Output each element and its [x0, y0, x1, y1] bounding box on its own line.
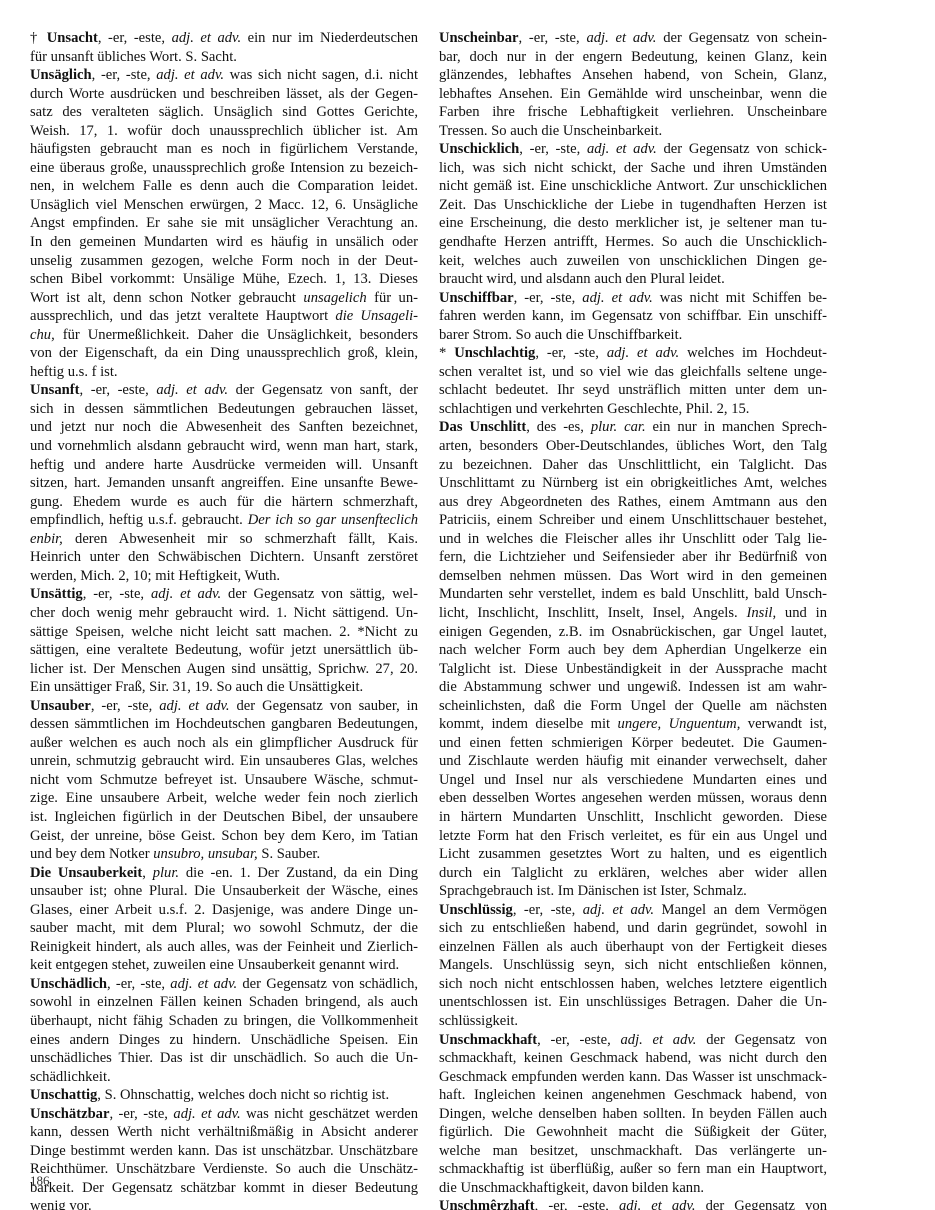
text-line: sich in dessen sämmtlichen Bedeutungen g… — [30, 400, 418, 419]
text-line: Sprachgebrauch ist. Im Dänischen ist Ist… — [439, 882, 827, 901]
text-line: schlüssigkeit. — [439, 1012, 827, 1031]
text-line: Glases, einer Arbeit u.s.f. 2. Dasjenige… — [30, 901, 418, 920]
text-line: schmackhaftig ist überflüßig, außer so f… — [439, 1160, 827, 1179]
body-text: einzelnen Fällen als auch überhaupt von … — [439, 939, 827, 955]
text-line: eben desselben Wortes angesehen werden m… — [439, 789, 827, 808]
headword: Unschlachtig — [454, 345, 535, 361]
body-text: , -er, -ste, — [92, 67, 157, 83]
body-text: außer welchen es auch noch als ein glimp… — [30, 735, 418, 751]
italic-text: ungere, Unguentum, — [618, 716, 741, 732]
italic-text: chu, — [30, 327, 55, 343]
right-column: Unscheinbar, -er, -ste, adj. et adv. der… — [439, 29, 827, 1210]
body-text: deren Abwesenheit mir so schmerzhaft fäl… — [63, 531, 418, 547]
body-text: Ein unsättiger Fraß, Sir. 31, 19. So auc… — [30, 679, 363, 695]
body-text: cher doch wenig mehr gebraucht wird. 1. … — [30, 605, 418, 621]
body-text: unselig zusammen gezogen, welche Form no… — [30, 253, 418, 269]
body-text: Reichthümer. Unschätzbare Verdienste. So… — [30, 1161, 418, 1177]
text-line: lebhaftes Ansehen. Ein Gemählde wird uns… — [439, 85, 827, 104]
body-text: empfindlich, heftig u.s.f. gebraucht. — [30, 512, 248, 528]
italic-text: enbir, — [30, 531, 63, 547]
body-text: lich, was sich nicht schickt, der Sache … — [439, 160, 827, 176]
text-line: schlachtigen und verkehrten Geschlechte,… — [439, 400, 827, 419]
body-text: welches im Hochdeut- — [679, 345, 827, 361]
text-line: durch ein Talglicht zu erklären, welches… — [439, 864, 827, 883]
body-text: In den gemeinen Mundarten wird es häufig… — [30, 234, 418, 250]
text-line: welche man besitzet, unschmackhaft. Das … — [439, 1142, 827, 1161]
body-text: fern, die Lichtzieher und Seifensieder a… — [439, 549, 827, 565]
text-line: Geist, der unreine, böse Geist. Schon be… — [30, 827, 418, 846]
body-text: Zeit. Das Unschickliche der Liebe in tug… — [439, 197, 827, 213]
body-text: Unsäglich viel Menschen erwürgen, 2 Macc… — [30, 197, 418, 213]
body-text: für Unermeßlichkeit. Daher die Unsäglich… — [55, 327, 418, 343]
body-text: der Gegensatz von schick- — [657, 141, 827, 157]
text-line: sich noch nicht entschlossen haben, welc… — [439, 975, 827, 994]
body-text: Unschlittamt zu Nürnberg ist ein obrigke… — [439, 475, 827, 491]
body-text: S. Sauber. — [258, 846, 320, 862]
text-line: Unschicklich, -er, -ste, adj. et adv. de… — [439, 140, 827, 159]
body-text: sowohl in einzelnen Fällen keinen Schade… — [30, 994, 418, 1010]
body-text: aus drey Abgeordneten des Rathes, einem … — [439, 494, 827, 510]
text-line: sättige Speisen, welche nicht leicht sat… — [30, 623, 418, 642]
italic-text: unsagelich — [303, 290, 366, 306]
body-text: kann, dessen Werth nicht verhältnißmäßig… — [30, 1124, 418, 1140]
text-line: von der Eigenschaft, da ein Ding unaussp… — [30, 344, 418, 363]
body-text: Angst empfinden. Er sahe sie mit unsägli… — [30, 215, 418, 231]
dictionary-entry: Unschattig, S. Ohnschattig, welches doch… — [30, 1086, 418, 1105]
body-text: schen veraltet ist, und so viel wie das … — [439, 364, 827, 380]
body-text: und in — [776, 605, 827, 621]
text-line: Weish. 17, 1. wofür doch unaussprechlich… — [30, 122, 418, 141]
text-line: barkeit. Der Gegensatz schätzbar kommt i… — [30, 1179, 418, 1198]
text-line: und bey dem Notker unsubro, unsubar, S. … — [30, 845, 418, 864]
text-line: enbir, deren Abwesenheit mir so schmerzh… — [30, 530, 418, 549]
body-text: nen, in welchem Falle es denn auch die C… — [30, 178, 418, 194]
body-text: * — [439, 345, 454, 361]
text-line: Patriciis, einem Schreiber und einem Uns… — [439, 511, 827, 530]
dictionary-entry: Unschmackhaft, -er, -este, adj. et adv. … — [439, 1031, 827, 1198]
text-line: Unsauber, -er, -ste, adj. et adv. der Ge… — [30, 697, 418, 716]
body-text: wenig vor. — [30, 1198, 92, 1210]
body-text: keit, welches auch zuweilen von unschick… — [439, 253, 827, 269]
text-line: kann, dessen Werth nicht verhältnißmäßig… — [30, 1123, 418, 1142]
text-line: Die Unsauberkeit, plur. die -en. 1. Der … — [30, 864, 418, 883]
text-line: empfindlich, heftig u.s.f. gebraucht. De… — [30, 511, 418, 530]
body-text: sich in dessen sämmtlichen Bedeutungen g… — [30, 401, 418, 417]
body-text: Licht zusammen gesetztes Wort zu halten,… — [439, 846, 827, 862]
dictionary-entry: Unsättig, -er, -ste, adj. et adv. der Ge… — [30, 585, 418, 696]
body-text: Talglicht ist. Diese Unbeständigkeit in … — [439, 661, 827, 677]
dictionary-entry: Unscheinbar, -er, -ste, adj. et adv. der… — [439, 29, 827, 140]
text-line: zu bezeichnen. Daher das Unschlittlicht,… — [439, 456, 827, 475]
body-text: zige. Eine unsaubere Arbeit, welche wede… — [30, 790, 418, 806]
headword: Unschmackhaft — [439, 1032, 537, 1048]
body-text: figürlich. Die Gewohnheit macht die Süßi… — [439, 1124, 827, 1140]
body-text: Wort ist alt, denn schon Notker gebrauch… — [30, 290, 303, 306]
body-text: ein nur im Niederdeutschen — [241, 30, 418, 46]
headword: Die Unsauberkeit — [30, 865, 142, 881]
body-text: Geist, der unreine, böse Geist. Schon be… — [30, 828, 418, 844]
italic-text: adj. et adv. — [172, 30, 242, 46]
italic-text: Insil, — [747, 605, 777, 621]
text-line: Licht zusammen gesetztes Wort zu halten,… — [439, 845, 827, 864]
body-text: nicht vom Schmutze befreyet ist. Unsaube… — [30, 772, 418, 788]
dictionary-entry: Das Unschlitt, des -es, plur. car. ein n… — [439, 418, 827, 900]
text-line: sättigen, eine veraltete Bedeutung, wofü… — [30, 641, 418, 660]
text-line: schädlichkeit. — [30, 1068, 418, 1087]
body-text: kommt, indem dieselbe mit — [439, 716, 618, 732]
text-line: schen veraltet ist, und so viel wie das … — [439, 363, 827, 382]
body-text: Ungel und Insel nur als verschiedene Mun… — [439, 772, 827, 788]
text-line: Unschätzbar, -er, -ste, adj. et adv. was… — [30, 1105, 418, 1124]
text-line: eine überaus große, unaussprechlich groß… — [30, 159, 418, 178]
italic-text: adj. et adv. — [159, 698, 229, 714]
text-line: Ein unsättiger Fraß, Sir. 31, 19. So auc… — [30, 678, 418, 697]
text-line: nach welcher Form auch bey dem Apherdian… — [439, 641, 827, 660]
body-text: letzte Form hat den Frisch verleitet, es… — [439, 828, 827, 844]
text-line: sitzen, hart. Jemanden unsanft angreiffe… — [30, 474, 418, 493]
text-line: cher doch wenig mehr gebraucht wird. 1. … — [30, 604, 418, 623]
body-text: , — [142, 865, 152, 881]
text-line: Dinge bestimmt werden kann. Das ist unsc… — [30, 1142, 418, 1161]
italic-text: adj. et adv. — [583, 902, 654, 918]
text-line: häufigsten gebraucht man es noch in figü… — [30, 140, 418, 159]
body-text: Geschmack empfunden werden kann. Das Was… — [439, 1069, 827, 1085]
left-column: † Unsacht, -er, -este, adj. et adv. ein … — [30, 29, 418, 1210]
dictionary-entry: * Unschlachtig, -er, -ste, adj. et adv. … — [439, 344, 827, 418]
body-text: unentschlossen ist. Ein unschlüssiges Be… — [439, 994, 827, 1010]
text-line: Unscheinbar, -er, -ste, adj. et adv. der… — [439, 29, 827, 48]
text-line: * Unschlachtig, -er, -ste, adj. et adv. … — [439, 344, 827, 363]
text-line: Unschmackhaft, -er, -este, adj. et adv. … — [439, 1031, 827, 1050]
dictionary-entry: Unschicklich, -er, -ste, adj. et adv. de… — [439, 140, 827, 288]
text-line: und vornehmlich alsdann gebraucht wird, … — [30, 437, 418, 456]
body-text: scheinlichsten, daß die Form Ungel der Q… — [439, 698, 827, 714]
italic-text: die Unsageli- — [335, 308, 418, 324]
dictionary-entry: Unsanft, -er, -este, adj. et adv. der Ge… — [30, 381, 418, 585]
text-line: und in welches die Fleischer alles ihr U… — [439, 530, 827, 549]
body-text: sättige Speisen, welche nicht leicht sat… — [30, 624, 418, 640]
headword: Unsauber — [30, 698, 91, 714]
body-text: Sprachgebrauch ist. Im Dänischen ist Ist… — [439, 883, 747, 899]
headword: Unschätzbar — [30, 1106, 109, 1122]
body-text: Mundarten sehr verstellet, indem es bald… — [439, 586, 827, 602]
body-text: durch ein Talglicht zu erklären, welches… — [439, 865, 827, 881]
text-line: fahren werden kann, im Gegensatz von sch… — [439, 307, 827, 326]
text-line: Geschmack empfunden werden kann. Das Was… — [439, 1068, 827, 1087]
text-line: aussprechlich, und das jetzt veraltete H… — [30, 307, 418, 326]
body-text: gendhafte Herzen antrifft, Hermes. So au… — [439, 234, 827, 250]
body-text: , -er, -ste, — [535, 345, 606, 361]
body-text: , -er, -ste, — [91, 698, 159, 714]
body-text: gung. Ehedem wurde es auch für die härte… — [30, 494, 418, 510]
body-text: , -er, -este, — [537, 1032, 620, 1048]
body-text: die Abstammung schwer und ungewiß. Indes… — [439, 679, 827, 695]
body-text: , -er, -este, — [79, 382, 156, 398]
text-line: kommt, indem dieselbe mit ungere, Unguen… — [439, 715, 827, 734]
body-text: demselben nehmen müssen. Das Wort wird i… — [439, 568, 827, 584]
text-line: fern, die Lichtzieher und Seifensieder a… — [439, 548, 827, 567]
body-text: , -er, -ste, — [513, 902, 583, 918]
text-line: letzte Form hat den Frisch verleitet, es… — [439, 827, 827, 846]
body-text: und bey dem Notker — [30, 846, 153, 862]
body-text: licht, Inschlicht, Inschlitt, Inselt, In… — [439, 605, 747, 621]
body-text: Mangel an dem Vermögen — [654, 902, 827, 918]
text-line: Unsanft, -er, -este, adj. et adv. der Ge… — [30, 381, 418, 400]
text-line: keit, welches auch zuweilen von unschick… — [439, 252, 827, 271]
body-text: von der Eigenschaft, da ein Ding unaussp… — [30, 345, 418, 361]
text-line: Farben ihre frische Lebhaftigkeit verlie… — [439, 103, 827, 122]
body-text: nach welcher Form auch bey dem Apherdian… — [439, 642, 827, 658]
body-text: der Gegensatz von — [696, 1032, 827, 1048]
italic-text: adj. et adv. — [619, 1198, 696, 1210]
body-text: satz des veralteten säglich. Unsäglich s… — [30, 104, 418, 120]
body-text: bar, doch nur in der engern Bedeutung, k… — [439, 49, 827, 65]
dictionary-entry: Unsäglich, -er, -ste, adj. et adv. was s… — [30, 66, 418, 381]
text-line: Unschlüssig, -er, -ste, adj. et adv. Man… — [439, 901, 827, 920]
body-text: Reinigkeit hindert, als auch alles, was … — [30, 939, 418, 955]
body-text: einigen Gegenden, z.B. im Osnabrückische… — [439, 624, 827, 640]
text-line: barer Strom. So auch die Unschiffbarkeit… — [439, 326, 827, 345]
text-line: in härtern Mundarten Unschlitt, Inschlic… — [439, 808, 827, 827]
text-line: Unschmêrzhaft, -er, -este, adj. et adv. … — [439, 1197, 827, 1210]
text-line: eine Erscheinung, die desto merklicher i… — [439, 214, 827, 233]
body-text: der Gegensatz von sauber, in — [230, 698, 418, 714]
text-line: wenig vor. — [30, 1197, 418, 1210]
text-line: glänzendes, lebhaftes Ansehen habend, vo… — [439, 66, 827, 85]
text-line: sowohl in einzelnen Fällen keinen Schade… — [30, 993, 418, 1012]
dictionary-entry: Unschiffbar, -er, -ste, adj. et adv. was… — [439, 289, 827, 345]
text-line: arten, besonders Ober-Deutschlandes, übl… — [439, 437, 827, 456]
dictionary-page: † Unsacht, -er, -este, adj. et adv. ein … — [0, 0, 935, 1210]
body-text: schlüssigkeit. — [439, 1013, 518, 1029]
text-line: dessen sämmtlichen im Hochdeutschen gang… — [30, 715, 418, 734]
body-text: schmackhaft, keinen Geschmack habend, wa… — [439, 1050, 827, 1066]
text-line: zige. Eine unsaubere Arbeit, welche wede… — [30, 789, 418, 808]
text-line: heftig und andere harte Ausdrücke vermei… — [30, 456, 418, 475]
text-line: schlacht bedeutet. Ihr seyd unsträflich … — [439, 381, 827, 400]
text-line: licht, Inschlicht, Inschlitt, Inselt, In… — [439, 604, 827, 623]
body-text: eine Erscheinung, die desto merklicher i… — [439, 215, 827, 231]
body-text: Patriciis, einem Schreiber und einem Uns… — [439, 512, 827, 528]
body-text: heftig u.s. f ist. — [30, 364, 118, 380]
body-text: was sich nicht sagen, d.i. nicht — [224, 67, 418, 83]
body-text: schmackhaftig ist überflüßig, außer so f… — [439, 1161, 827, 1177]
italic-text: adj. et adv. — [582, 290, 653, 306]
italic-text: adj. et adv. — [151, 586, 221, 602]
headword: Unschicklich — [439, 141, 519, 157]
body-text: schädlichkeit. — [30, 1069, 111, 1085]
text-line: Wort ist alt, denn schon Notker gebrauch… — [30, 289, 418, 308]
body-text: , des -es, — [526, 419, 591, 435]
text-line: durch Worte ausdrücken und beschreiben l… — [30, 85, 418, 104]
dictionary-entry: Unschädlich, -er, -ste, adj. et adv. der… — [30, 975, 418, 1086]
text-line: Unsäglich viel Menschen erwürgen, 2 Macc… — [30, 196, 418, 215]
body-text: eines andern Dinges zu hindern. Unschädl… — [30, 1032, 418, 1048]
italic-text: plur. — [153, 865, 179, 881]
text-line: Reinigkeit hindert, als auch alles, was … — [30, 938, 418, 957]
body-text: was nicht geschätzet werden — [241, 1106, 418, 1122]
text-line: sauber macht, mit dem Plural; wo sowohl … — [30, 919, 418, 938]
body-text: unsauber ist; ohne Plural. Die Unsauberk… — [30, 883, 418, 899]
body-text: häufigsten gebraucht man es noch in figü… — [30, 141, 418, 157]
body-text: zu bezeichnen. Daher das Unschlittlicht,… — [439, 457, 827, 473]
text-line: schmackhaft, keinen Geschmack habend, wa… — [439, 1049, 827, 1068]
headword: Unsanft — [30, 382, 79, 398]
text-line: gung. Ehedem wurde es auch für die härte… — [30, 493, 418, 512]
body-text: glänzendes, lebhaftes Ansehen habend, vo… — [439, 67, 827, 83]
italic-text: unsubro, unsubar, — [153, 846, 257, 862]
headword: Unschattig — [30, 1087, 97, 1103]
text-line: für unsanft übliches Wort. S. Sacht. — [30, 48, 418, 67]
text-line: eines andern Dinges zu hindern. Unschädl… — [30, 1031, 418, 1050]
text-line: demselben nehmen müssen. Das Wort wird i… — [439, 567, 827, 586]
text-line: braucht wird, und alsdann auch den Plura… — [439, 270, 827, 289]
text-line: Unschädlich, -er, -ste, adj. et adv. der… — [30, 975, 418, 994]
body-text: schlacht bedeutet. Ihr seyd unsträflich … — [439, 382, 827, 398]
text-line: Unschiffbar, -er, -ste, adj. et adv. was… — [439, 289, 827, 308]
body-text: die -en. 1. Der Zustand, da ein Ding — [179, 865, 418, 881]
text-line: Dingen, welche denselben haben sollten. … — [439, 1105, 827, 1124]
body-text: der Gegensatz von sättig, wel- — [221, 586, 418, 602]
headword: Unschädlich — [30, 976, 107, 992]
body-text: , -er, -este, — [98, 30, 172, 46]
body-text: und vornehmlich alsdann gebraucht wird, … — [30, 438, 418, 454]
text-line: licher ist. Der Menschen Augen sind unsä… — [30, 660, 418, 679]
text-line: Mundarten sehr verstellet, indem es bald… — [439, 585, 827, 604]
text-line: nen, in welchem Falle es denn auch die C… — [30, 177, 418, 196]
body-text: Farben ihre frische Lebhaftigkeit verlie… — [439, 104, 827, 120]
body-text: , -er, -este, — [535, 1198, 619, 1210]
text-line: Tressen. So auch die Unscheinbarkeit. — [439, 122, 827, 141]
body-text: schen Bibel vorkommt: Unsälige Mühe, Eze… — [30, 271, 418, 287]
text-line: gendhafte Herzen antrifft, Hermes. So au… — [439, 233, 827, 252]
text-line: Zeit. Das Unschickliche der Liebe in tug… — [439, 196, 827, 215]
body-text: braucht wird, und alsdann auch den Plura… — [439, 271, 725, 287]
text-line: werden, Mich. 2, 10; mit Heftigkeit, Wut… — [30, 567, 418, 586]
body-text: Glases, einer Arbeit u.s.f. 2. Dasjenige… — [30, 902, 418, 918]
body-text: und einen fetten schmierigen Körper bede… — [439, 735, 827, 751]
text-line: außer welchen es auch noch als ein glimp… — [30, 734, 418, 753]
dictionary-entry: Unsauber, -er, -ste, adj. et adv. der Ge… — [30, 697, 418, 864]
headword: Unscheinbar — [439, 30, 518, 46]
headword: Unschiffbar — [439, 290, 514, 306]
text-line: Reichthümer. Unschätzbare Verdienste. So… — [30, 1160, 418, 1179]
italic-text: adj. et adv. — [170, 976, 237, 992]
body-text: dessen sämmtlichen im Hochdeutschen gang… — [30, 716, 418, 732]
body-text: keit entgegen stehet, zuweilen eine Unsa… — [30, 957, 399, 973]
text-line: unentschlossen ist. Ein unschlüssiges Be… — [439, 993, 827, 1012]
text-line: ist. Ingleichen figürlich in der Deutsch… — [30, 808, 418, 827]
text-line: † Unsacht, -er, -este, adj. et adv. ein … — [30, 29, 418, 48]
italic-text: adj. et adv. — [587, 141, 657, 157]
body-text: und Zischlaute werden häufig mit einande… — [439, 753, 827, 769]
body-text: verwandt ist, — [740, 716, 827, 732]
body-text: haft. Ingleichen keinen angenehmen Gesch… — [439, 1087, 827, 1103]
body-text: werden, Mich. 2, 10; mit Heftigkeit, Wut… — [30, 568, 280, 584]
headword: Unsättig — [30, 586, 83, 602]
text-line: schen Bibel vorkommt: Unsälige Mühe, Eze… — [30, 270, 418, 289]
headword: Unsäglich — [30, 67, 92, 83]
italic-text: adj. et adv. — [620, 1032, 696, 1048]
body-text: der Gegensatz von schädlich, — [237, 976, 418, 992]
text-line: Das Unschlitt, des -es, plur. car. ein n… — [439, 418, 827, 437]
text-line: haft. Ingleichen keinen angenehmen Gesch… — [439, 1086, 827, 1105]
body-text: der Gegensatz von sanft, der — [228, 382, 418, 398]
dictionary-entry: † Unsacht, -er, -este, adj. et adv. ein … — [30, 29, 418, 66]
body-text: Tressen. So auch die Unscheinbarkeit. — [439, 123, 662, 139]
text-line: unsauber ist; ohne Plural. Die Unsauberk… — [30, 882, 418, 901]
text-line: heftig u.s. f ist. — [30, 363, 418, 382]
text-line: sich zu entschließen habend, und darin g… — [439, 919, 827, 938]
body-text: die Unschmackhaftigkeit, davon bilden ka… — [439, 1180, 704, 1196]
body-text: , -er, -ste, — [519, 141, 587, 157]
body-text: † — [30, 30, 47, 46]
page-number: 186 — [30, 1173, 50, 1189]
body-text: in härtern Mundarten Unschlitt, Inschlic… — [439, 809, 827, 825]
body-text: sitzen, hart. Jemanden unsanft angreiffe… — [30, 475, 418, 491]
text-line: und jetzt nur noch die Abwesenheit des S… — [30, 418, 418, 437]
body-text: lebhaftes Ansehen. Ein Gemählde wird uns… — [439, 86, 827, 102]
headword: Das Unschlitt — [439, 419, 526, 435]
text-line: Unschlittamt zu Nürnberg ist ein obrigke… — [439, 474, 827, 493]
body-text: ein nur in manchen Sprech- — [646, 419, 827, 435]
body-text: aussprechlich, und das jetzt veraltete H… — [30, 308, 335, 324]
dictionary-entry: Unschmêrzhaft, -er, -este, adj. et adv. … — [439, 1197, 827, 1210]
body-text: der Gegensatz von schein- — [656, 30, 827, 46]
body-text: sauber macht, mit dem Plural; wo sowohl … — [30, 920, 418, 936]
text-line: Angst empfinden. Er sahe sie mit unsägli… — [30, 214, 418, 233]
text-line: und einen fetten schmierigen Körper bede… — [439, 734, 827, 753]
text-line: Heinrich unter den Schwäbischen Dichtern… — [30, 548, 418, 567]
body-text: , -er, -ste, — [83, 586, 151, 602]
text-line: und Zischlaute werden häufig mit einande… — [439, 752, 827, 771]
text-line: unselig zusammen gezogen, welche Form no… — [30, 252, 418, 271]
body-text: Dinge bestimmt werden kann. Das ist unsc… — [30, 1143, 418, 1159]
italic-text: adj. et adv. — [607, 345, 679, 361]
italic-text: adj. et adv. — [173, 1106, 240, 1122]
dictionary-entry: Unschätzbar, -er, -ste, adj. et adv. was… — [30, 1105, 418, 1210]
body-text: für un- — [367, 290, 418, 306]
text-line: Unsättig, -er, -ste, adj. et adv. der Ge… — [30, 585, 418, 604]
body-text: was nicht mit Schiffen be- — [653, 290, 827, 306]
text-line: figürlich. Die Gewohnheit macht die Süßi… — [439, 1123, 827, 1142]
body-text: durch Worte ausdrücken und beschreiben l… — [30, 86, 418, 102]
body-text: unschädliches Thier. Das ist dir unschäd… — [30, 1050, 418, 1066]
body-text: überhaupt, nicht fähig Schaden zu bringe… — [30, 1013, 418, 1029]
body-text: Mangels. Unschlüssig seyn, sich nicht en… — [439, 957, 827, 973]
body-text: barkeit. Der Gegensatz schätzbar kommt i… — [30, 1180, 418, 1196]
body-text: , -er, -ste, — [107, 976, 170, 992]
text-line: lich, was sich nicht schickt, der Sache … — [439, 159, 827, 178]
body-text: licher ist. Der Menschen Augen sind unsä… — [30, 661, 418, 677]
text-line: Mangels. Unschlüssig seyn, sich nicht en… — [439, 956, 827, 975]
italic-text: adj. et adv. — [156, 382, 228, 398]
body-text: eben desselben Wortes angesehen werden m… — [439, 790, 827, 806]
body-text: sich noch nicht entschlossen haben, welc… — [439, 976, 827, 992]
text-line: scheinlichsten, daß die Form Ungel der Q… — [439, 697, 827, 716]
body-text: heftig und andere harte Ausdrücke vermei… — [30, 457, 418, 473]
headword: Unschlüssig — [439, 902, 513, 918]
italic-text: Der ich so gar unsenfteclich — [248, 512, 418, 528]
text-line: keit entgegen stehet, zuweilen eine Unsa… — [30, 956, 418, 975]
text-line: nicht gemäß ist. Eine unschickliche Antw… — [439, 177, 827, 196]
text-line: nicht vom Schmutze befreyet ist. Unsaube… — [30, 771, 418, 790]
body-text: nicht gemäß ist. Eine unschickliche Antw… — [439, 178, 827, 194]
body-text: , -er, -ste, — [518, 30, 586, 46]
text-line: überhaupt, nicht fähig Schaden zu bringe… — [30, 1012, 418, 1031]
body-text: der Gegensatz von — [696, 1198, 827, 1210]
text-line: die Abstammung schwer und ungewiß. Indes… — [439, 678, 827, 697]
